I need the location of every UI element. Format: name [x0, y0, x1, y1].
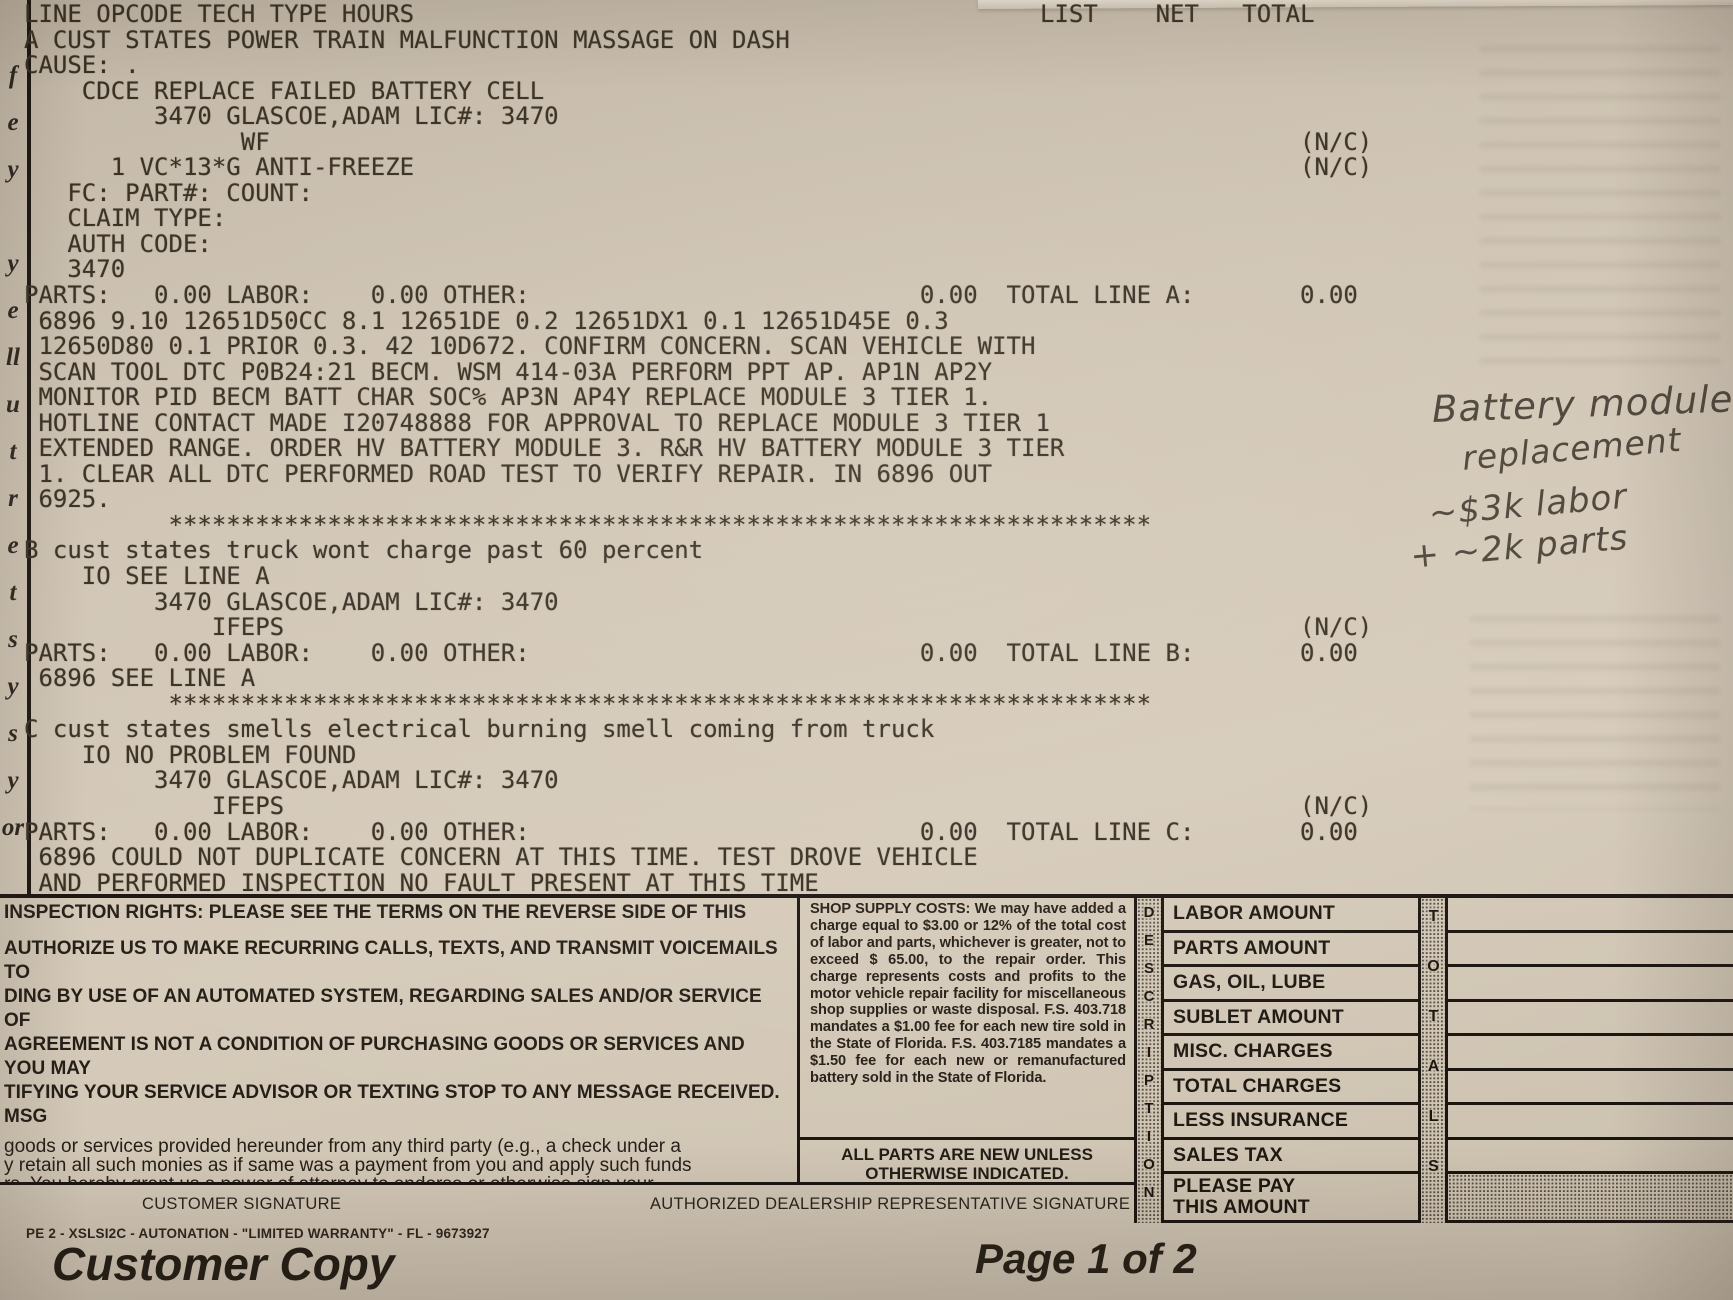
totals-row-label: PARTS AMOUNT: [1164, 933, 1418, 968]
totals-row-label: TOTAL CHARGES: [1164, 1071, 1418, 1106]
ro-line: WF(N/C): [24, 130, 1729, 156]
ro-line: FC: PART#: COUNT:: [24, 181, 1729, 207]
ro-line: IFEPS(N/C): [24, 615, 1729, 641]
totals-row-label: LESS INSURANCE: [1164, 1105, 1418, 1140]
no-charge-value: (N/C): [1300, 615, 1372, 641]
totals-label-column: LABOR AMOUNT PARTS AMOUNT GAS, OIL, LUBE…: [1164, 898, 1418, 1223]
ro-line: IFEPS(N/C): [24, 794, 1729, 820]
ro-line-concern-c: C cust states smells electrical burning …: [24, 717, 1729, 743]
page-number-label: Page 1 of 2: [975, 1238, 1197, 1280]
totals-row-value-empty: [1448, 1105, 1733, 1140]
ro-separator-line: ****************************************…: [24, 692, 1729, 718]
line-a-total-value: 0.00: [1300, 283, 1358, 309]
totals-strip-label: TOTALS: [1424, 898, 1442, 1223]
please-pay-value-cell: [1448, 1174, 1733, 1223]
ro-line: 6896 SEE LINE A: [24, 666, 1729, 692]
totals-row-label: SALES TAX: [1164, 1140, 1418, 1175]
totals-row-label: MISC. CHARGES: [1164, 1036, 1418, 1071]
shop-supply-costs-title: SHOP SUPPLY COSTS:: [810, 901, 970, 917]
customer-copy-label: Customer Copy: [52, 1241, 394, 1287]
invoice-footer-form: INSPECTION RIGHTS: PLEASE SEE THE TERMS …: [0, 894, 1733, 1223]
description-strip: DESCRIPTION: [1134, 898, 1164, 1223]
shop-supply-costs-body: We may have added a charge equal to $3.0…: [810, 901, 1126, 1086]
left-margin-text-fragments: f e y y e ll u t r e t s y s y or: [0, 52, 26, 851]
ro-column-header-line: LINE OPCODE TECH TYPE HOURSLIST NET TOTA…: [24, 2, 1729, 28]
totals-row-value-empty: [1448, 1140, 1733, 1175]
payment-terms-text: goods or services provided hereunder fro…: [4, 1137, 789, 1182]
customer-signature-label: CUSTOMER SIGNATURE: [142, 1195, 341, 1214]
totals-row-label: LABOR AMOUNT: [1164, 898, 1418, 933]
no-charge-value: (N/C): [1300, 130, 1372, 156]
totals-row-value-empty: [1448, 1002, 1733, 1037]
totals-row-value-empty: [1448, 933, 1733, 968]
ro-line: AUTH CODE:: [24, 232, 1729, 258]
no-charge-value: (N/C): [1300, 155, 1372, 181]
shop-supply-costs-text: SHOP SUPPLY COSTS: We may have added a c…: [800, 898, 1134, 1137]
ro-line: 6896 COULD NOT DUPLICATE CONCERN AT THIS…: [24, 845, 1729, 871]
ro-line: CLAIM TYPE:: [24, 206, 1729, 232]
ro-line: 3470 GLASCOE,ADAM LIC#: 3470: [24, 104, 1729, 130]
totals-row-value-empty: [1448, 898, 1733, 933]
ro-line: 3470 GLASCOE,ADAM LIC#: 3470: [24, 768, 1729, 794]
totals-value-column: [1448, 898, 1733, 1223]
totals-row-label: SUBLET AMOUNT: [1164, 1002, 1418, 1037]
totals-row-value-empty: [1448, 1071, 1733, 1106]
totals-strip: TOTALS: [1418, 898, 1448, 1223]
ro-line: AND PERFORMED INSPECTION NO FAULT PRESEN…: [24, 871, 1729, 897]
ro-line: CDCE REPLACE FAILED BATTERY CELL: [24, 79, 1729, 105]
ro-totals-line-c: PARTS: 0.00 LABOR: 0.00 OTHER: 0.00 TOTA…: [24, 820, 1729, 846]
ro-totals-line-a: PARTS: 0.00 LABOR: 0.00 OTHER: 0.00 TOTA…: [24, 283, 1729, 309]
description-strip-label: DESCRIPTION: [1141, 898, 1158, 1223]
ro-line-concern-a: A CUST STATES POWER TRAIN MALFUNCTION MA…: [24, 28, 1729, 54]
all-parts-new-notice: ALL PARTS ARE NEW UNLESS OTHERWISE INDIC…: [800, 1137, 1134, 1182]
ro-right-column-headers: LIST NET TOTAL: [1040, 2, 1315, 28]
ro-line: 12650D80 0.1 PRIOR 0.3. 42 10D672. CONFI…: [24, 334, 1729, 360]
shop-supply-costs-box: SHOP SUPPLY COSTS: We may have added a c…: [800, 898, 1134, 1182]
ro-line: SCAN TOOL DTC P0B24:21 BECM. WSM 414-03A…: [24, 360, 1729, 386]
ro-line: 3470: [24, 257, 1729, 283]
inspection-rights-text: INSPECTION RIGHTS: PLEASE SEE THE TERMS …: [4, 902, 789, 923]
line-b-total-value: 0.00: [1300, 641, 1358, 667]
please-pay-label: PLEASE PAY THIS AMOUNT: [1164, 1174, 1418, 1223]
totals-row-value-empty: [1448, 967, 1733, 1002]
totals-row-label: GAS, OIL, LUBE: [1164, 967, 1418, 1002]
ro-line: 1 VC*13*G ANTI-FREEZE(N/C): [24, 155, 1729, 181]
handwritten-annotation: Battery module replacement ~$3k labor + …: [1389, 371, 1733, 577]
ro-line: CAUSE: .: [24, 53, 1729, 79]
communications-consent-text: AUTHORIZE US TO MAKE RECURRING CALLS, TE…: [4, 937, 789, 1129]
totals-row-value-empty: [1448, 1036, 1733, 1071]
ro-totals-line-b: PARTS: 0.00 LABOR: 0.00 OTHER: 0.00 TOTA…: [24, 641, 1729, 667]
ro-line-text: LINE OPCODE TECH TYPE HOURS: [24, 0, 414, 28]
line-c-total-value: 0.00: [1300, 820, 1358, 846]
no-charge-value: (N/C): [1300, 794, 1372, 820]
ro-line: IO NO PROBLEM FOUND: [24, 743, 1729, 769]
ro-line: 6896 9.10 12651D50CC 8.1 12651DE 0.2 126…: [24, 309, 1729, 335]
dealership-signature-label: AUTHORIZED DEALERSHIP REPRESENTATIVE SIG…: [650, 1195, 1130, 1214]
service-invoice-photo: f e y y e ll u t r e t s y s y or LINE O…: [0, 0, 1733, 1300]
ro-line: 3470 GLASCOE,ADAM LIC#: 3470: [24, 590, 1729, 616]
legal-terms-block: INSPECTION RIGHTS: PLEASE SEE THE TERMS …: [0, 898, 800, 1182]
signature-band: CUSTOMER SIGNATURE AUTHORIZED DEALERSHIP…: [0, 1182, 1134, 1223]
